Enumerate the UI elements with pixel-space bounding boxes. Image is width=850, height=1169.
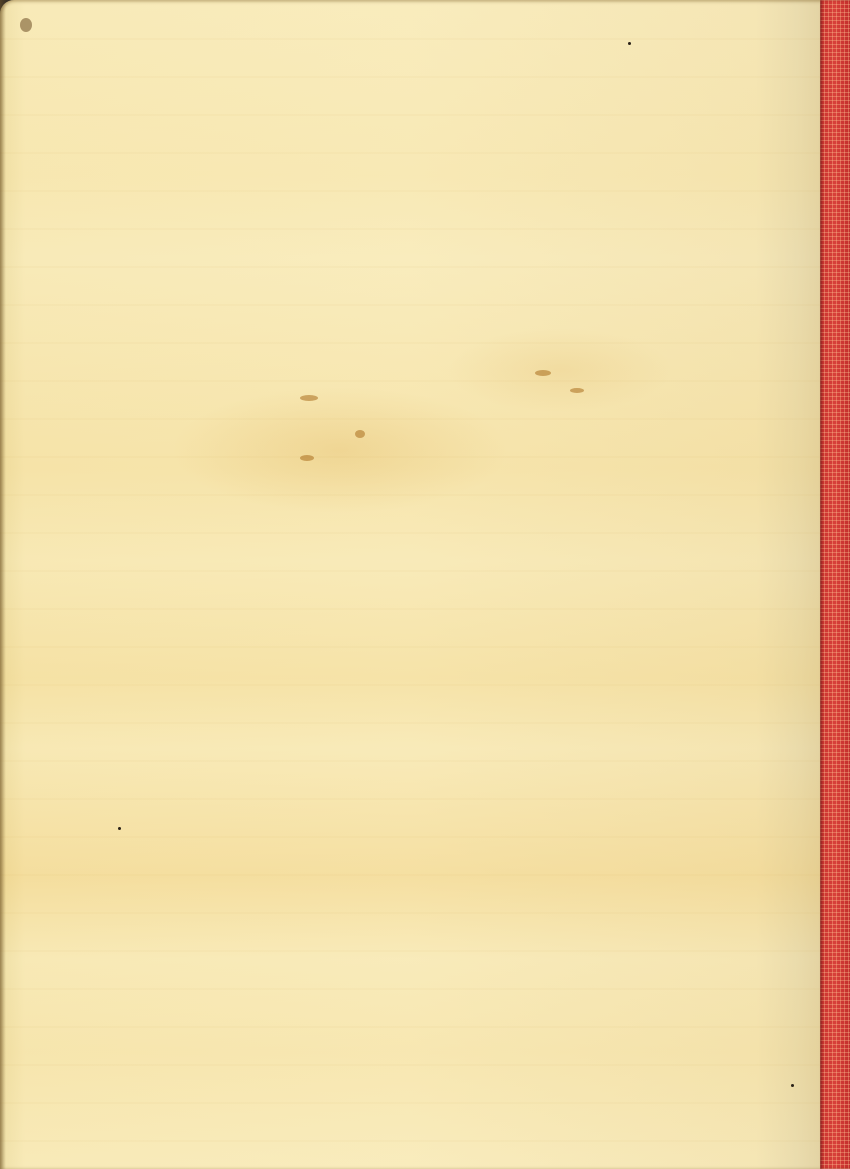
foxing-spot [570, 388, 584, 393]
foxing-spot [300, 455, 314, 461]
blank-paper-page [0, 0, 822, 1169]
page-edge-shadow [0, 0, 6, 1169]
foxing-spot [535, 370, 551, 376]
foxing-spot [20, 18, 32, 32]
scanned-page [0, 0, 850, 1169]
ink-speck [628, 42, 631, 45]
foxing-spot [300, 395, 318, 401]
ink-speck [118, 827, 121, 830]
ink-speck [791, 1084, 794, 1087]
red-cloth-spine [820, 0, 850, 1169]
foxing-spot [355, 430, 365, 438]
